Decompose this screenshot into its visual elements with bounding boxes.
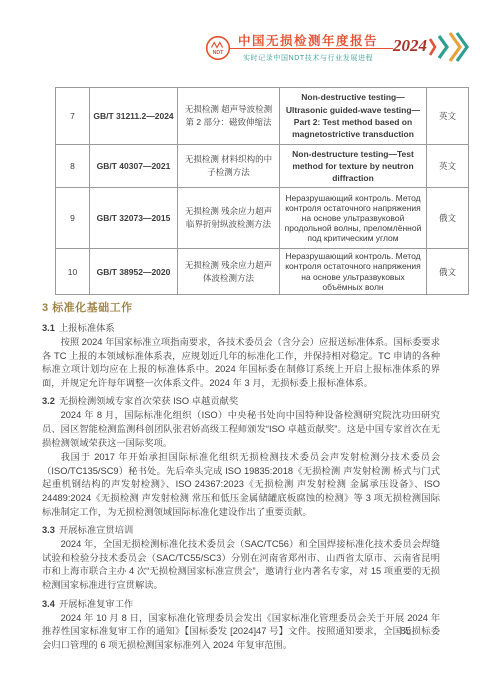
report-subtitle: 实时记录中国NDT技术与行业发展进程 [243,53,373,63]
standard-code: GB/T 38952—2020 [90,249,178,295]
language-label: 英文 [427,88,469,145]
subsection-number: 3.4 [42,599,55,609]
standards-table: 7 GB/T 31211.2—2024 无损检测 超声导波检测 第 2 部分：磁… [55,87,469,295]
standard-title-zh: 无损检测 超声导波检测 第 2 部分：磁致伸缩法 [178,88,280,145]
table-row: 9 GB/T 32073—2015 无损检测 残余应力超声临界折射纵波检测方法 … [56,188,469,249]
subsection-title: 上报标准体系 [59,323,115,333]
report-title: 中国无损检测年度报告 [238,31,398,49]
paragraph: 我国于 2017 年开始承担国际标准化组织无损检测技术委员会声发射检测分技术委员… [42,451,440,519]
document-page: NDT 中国无损检测年度报告 实时记录中国NDT技术与行业发展进程 2024 7… [0,0,480,673]
standard-title-foreign: Non-destructive testing—Ultrasonic guide… [280,88,427,145]
page-number: 85 [400,626,411,637]
paragraph: 2024 年 10 月 8 日，国家标准化管理委员会发出《国家标准化管理委员会关… [42,612,440,653]
subsection-title: 开展标准宣贯培训 [59,525,133,535]
ndt-logo-icon: NDT [205,35,231,61]
standard-code: GB/T 40307—2021 [90,145,178,188]
subsection-heading: 3.3开展标准宣贯培训 [42,522,440,536]
language-label: 英文 [427,145,469,188]
paragraph: 2024 年 8 月，国际标准化组织（ISO）中央秘书处向中国特种设备检测研究院… [42,409,440,450]
subsection-heading: 3.1上报标准体系 [42,320,440,334]
page-content: 3 标准化基础工作 3.1上报标准体系 按照 2024 年国家标准立项指南要求，… [42,295,440,653]
language-label: 俄文 [427,188,469,249]
report-year: 2024 [393,36,427,56]
row-number: 7 [56,88,90,145]
standard-title-zh: 无损检测 残余应力超声体波检测方法 [178,249,280,295]
logo-text: NDT [213,50,224,56]
subsection-heading: 3.2无损检测领域专家首次荣获 ISO 卓越贡献奖 [42,393,440,407]
standard-title-foreign: Non-destructure testing—Test method for … [280,145,427,188]
row-number: 10 [56,249,90,295]
table-row: 10 GB/T 38952—2020 无损检测 残余应力超声体波检测方法 Нер… [56,249,469,295]
subsection-heading: 3.4开展标准复审工作 [42,596,440,610]
standard-code: GB/T 32073—2015 [90,188,178,249]
row-number: 9 [56,188,90,249]
header-divider [229,48,393,49]
subsection-number: 3.2 [42,396,55,406]
chevrons-icon [428,30,470,71]
subsection-title: 无损检测领域专家首次荣获 ISO 卓越贡献奖 [59,396,238,406]
standard-title-zh: 无损检测 残余应力超声临界折射纵波检测方法 [178,188,280,249]
paragraph: 2024 年，全国无损检测标准化技术委员会（SAC/TC56）和全国焊接标准化技… [42,538,440,592]
subsection-title: 开展标准复审工作 [59,599,133,609]
subsection-number: 3.3 [42,525,55,535]
standard-title-zh: 无损检测 材料织构的中子检测方法 [178,145,280,188]
standard-code: GB/T 31211.2—2024 [90,88,178,145]
section-heading: 3 标准化基础工作 [42,299,440,315]
row-number: 8 [56,145,90,188]
language-label: 俄文 [427,249,469,295]
table-row: 8 GB/T 40307—2021 无损检测 材料织构的中子检测方法 Non-d… [56,145,469,188]
standard-title-foreign: Неразрушающий контроль. Метод контроля о… [280,249,427,295]
section-number: 3 [42,302,49,314]
subsection-number: 3.1 [42,323,55,333]
standard-title-foreign: Неразрушающий контроль. Метод контроля о… [280,188,427,249]
paragraph: 按照 2024 年国家标准立项指南要求，各技术委员会（含分会）应报送标准体系。国… [42,336,440,390]
table-row: 7 GB/T 31211.2—2024 无损检测 超声导波检测 第 2 部分：磁… [56,88,469,145]
section-title: 标准化基础工作 [52,302,133,314]
